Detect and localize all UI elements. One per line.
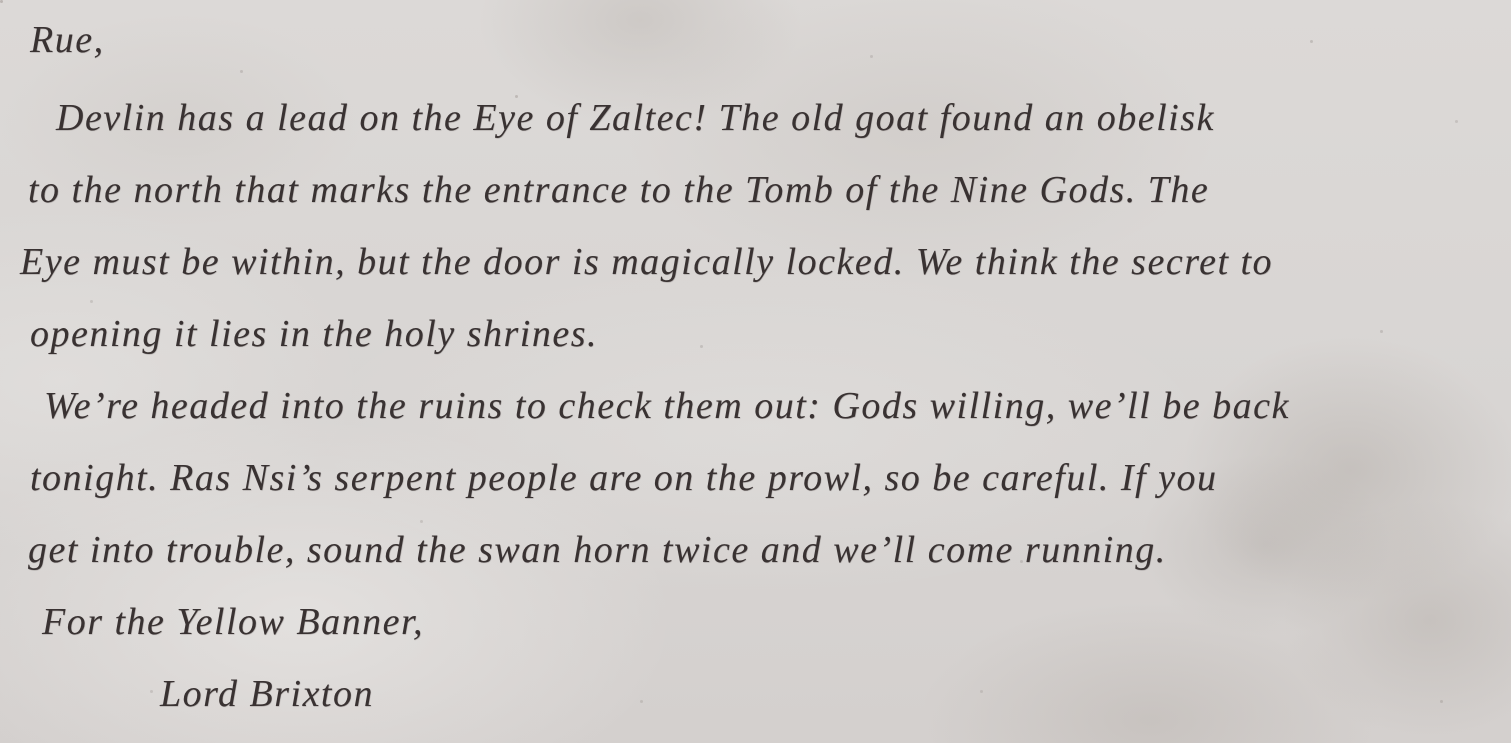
salutation: Rue, xyxy=(0,4,1511,82)
letter-line: tonight. Ras Nsi’s serpent people are on… xyxy=(0,442,1511,514)
closing: For the Yellow Banner, xyxy=(0,586,1511,658)
paper-speckle-texture xyxy=(0,0,3,3)
letter-line: opening it lies in the holy shrines. xyxy=(0,298,1511,370)
letter-line: We’re headed into the ruins to check the… xyxy=(0,370,1511,442)
letter-line: to the north that marks the entrance to … xyxy=(0,154,1511,226)
letter-line: Devlin has a lead on the Eye of Zaltec! … xyxy=(0,82,1511,154)
letter-line: get into trouble, sound the swan horn tw… xyxy=(0,514,1511,586)
handwritten-letter: Rue, Devlin has a lead on the Eye of Zal… xyxy=(0,4,1511,730)
parchment-paper: Rue, Devlin has a lead on the Eye of Zal… xyxy=(0,0,1511,743)
signature: Lord Brixton xyxy=(0,658,1511,730)
letter-line: Eye must be within, but the door is magi… xyxy=(0,226,1511,298)
